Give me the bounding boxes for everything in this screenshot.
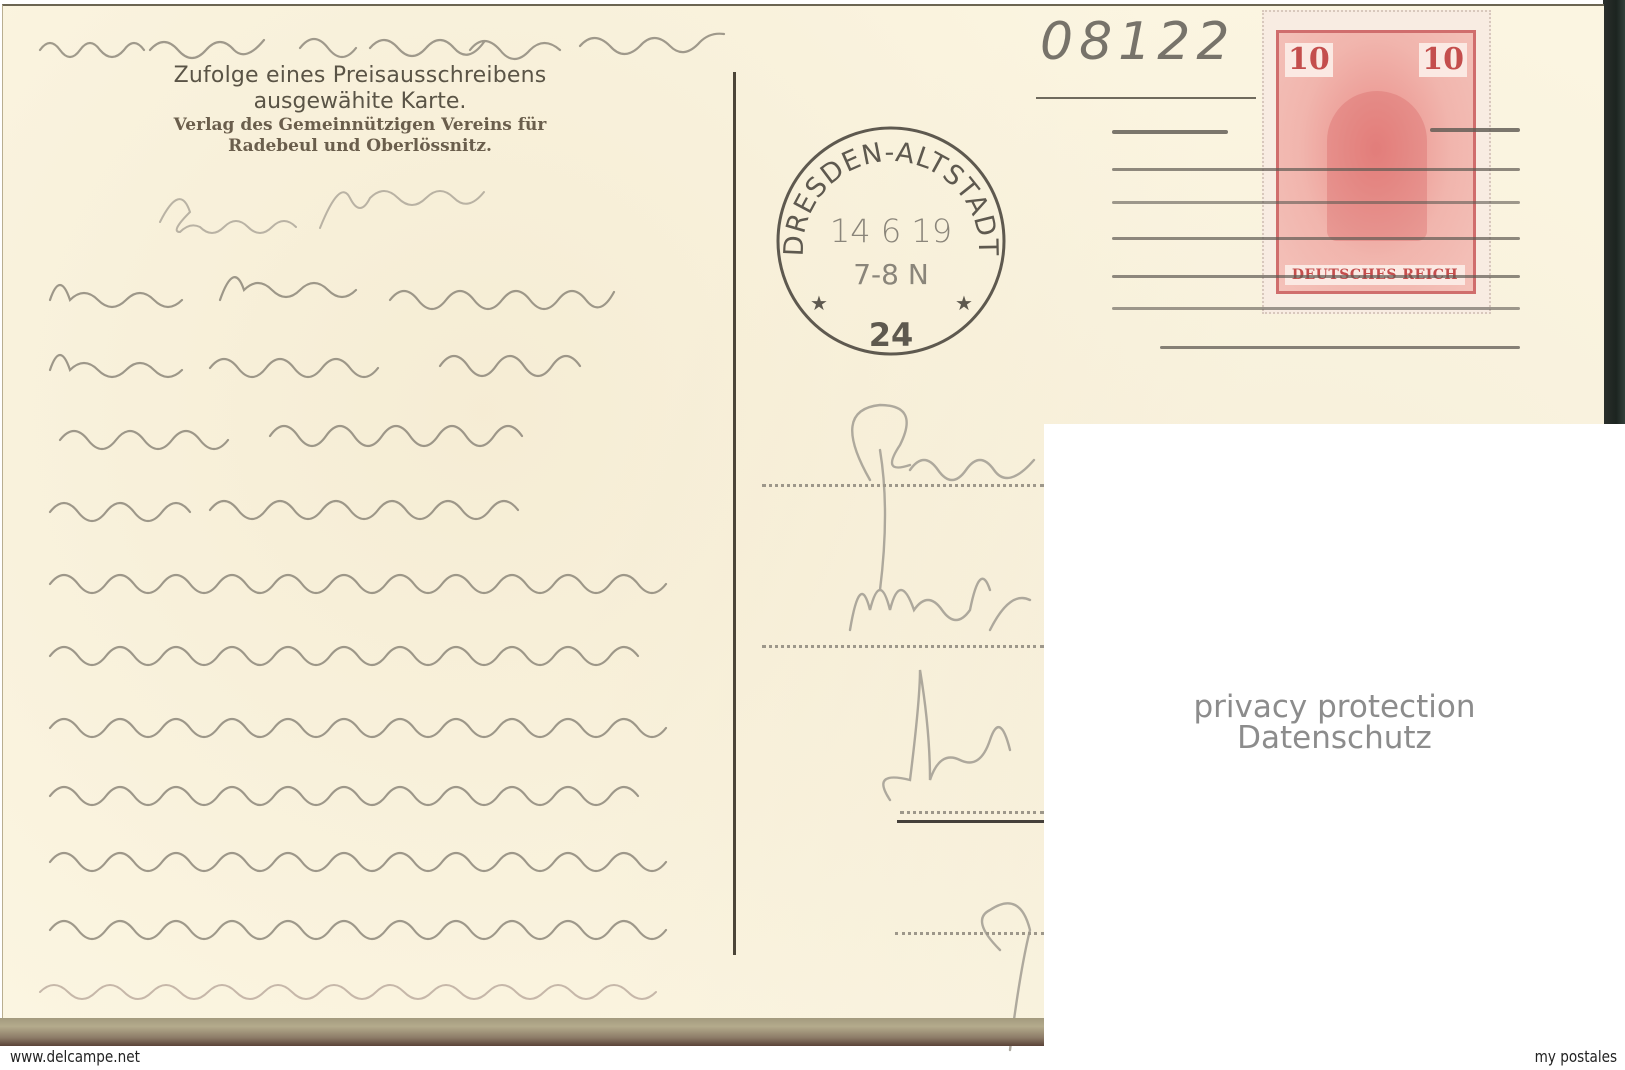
postmark: DRESDEN-ALTSTADT 14 6 19 7-8 N ★ ★ 24 bbox=[772, 122, 1010, 360]
germania-figure-icon bbox=[1327, 91, 1427, 241]
svg-text:14 6 19: 14 6 19 bbox=[830, 212, 952, 250]
scan-background-bottom bbox=[0, 1018, 1044, 1046]
address-line bbox=[762, 645, 1044, 648]
address-line bbox=[762, 484, 1044, 487]
cancel-bar bbox=[1112, 168, 1520, 171]
cancel-bar bbox=[1112, 307, 1520, 310]
svg-text:7-8 N: 7-8 N bbox=[853, 258, 929, 291]
stamp-frame: 10 10 DEUTSCHES REICH bbox=[1276, 30, 1476, 294]
privacy-text-en: privacy protection bbox=[1044, 692, 1625, 723]
cancel-bar bbox=[1160, 346, 1520, 349]
cancel-bar bbox=[1112, 130, 1228, 134]
postage-stamp: 10 10 DEUTSCHES REICH bbox=[1262, 10, 1491, 314]
cancel-bar bbox=[1112, 201, 1520, 204]
privacy-text: privacy protection Datenschutz bbox=[1044, 692, 1625, 754]
svg-text:★: ★ bbox=[955, 291, 973, 315]
stamp-value-left: 10 bbox=[1285, 43, 1333, 77]
watermark-mypostales: my postales bbox=[1534, 1046, 1617, 1068]
cancel-bar bbox=[1112, 237, 1520, 240]
postmark-circle-icon: DRESDEN-ALTSTADT 14 6 19 7-8 N ★ ★ 24 bbox=[772, 122, 1010, 360]
cancel-bar bbox=[1112, 275, 1520, 278]
address-underline bbox=[897, 820, 1044, 823]
svg-text:★: ★ bbox=[810, 291, 828, 315]
cancel-bar bbox=[1430, 128, 1520, 132]
watermark-delcampe: www.delcampe.net bbox=[10, 1046, 140, 1068]
address-line bbox=[895, 932, 1044, 935]
privacy-protection-overlay: privacy protection Datenschutz bbox=[1044, 424, 1625, 1044]
postcard-divider-line bbox=[733, 72, 736, 955]
address-line bbox=[900, 811, 1044, 814]
reference-underline bbox=[1036, 97, 1256, 99]
privacy-text-de: Datenschutz bbox=[1044, 723, 1625, 754]
svg-text:24: 24 bbox=[869, 316, 914, 354]
reference-number: 08122 bbox=[1040, 12, 1235, 72]
stamp-value-right: 10 bbox=[1419, 43, 1467, 77]
